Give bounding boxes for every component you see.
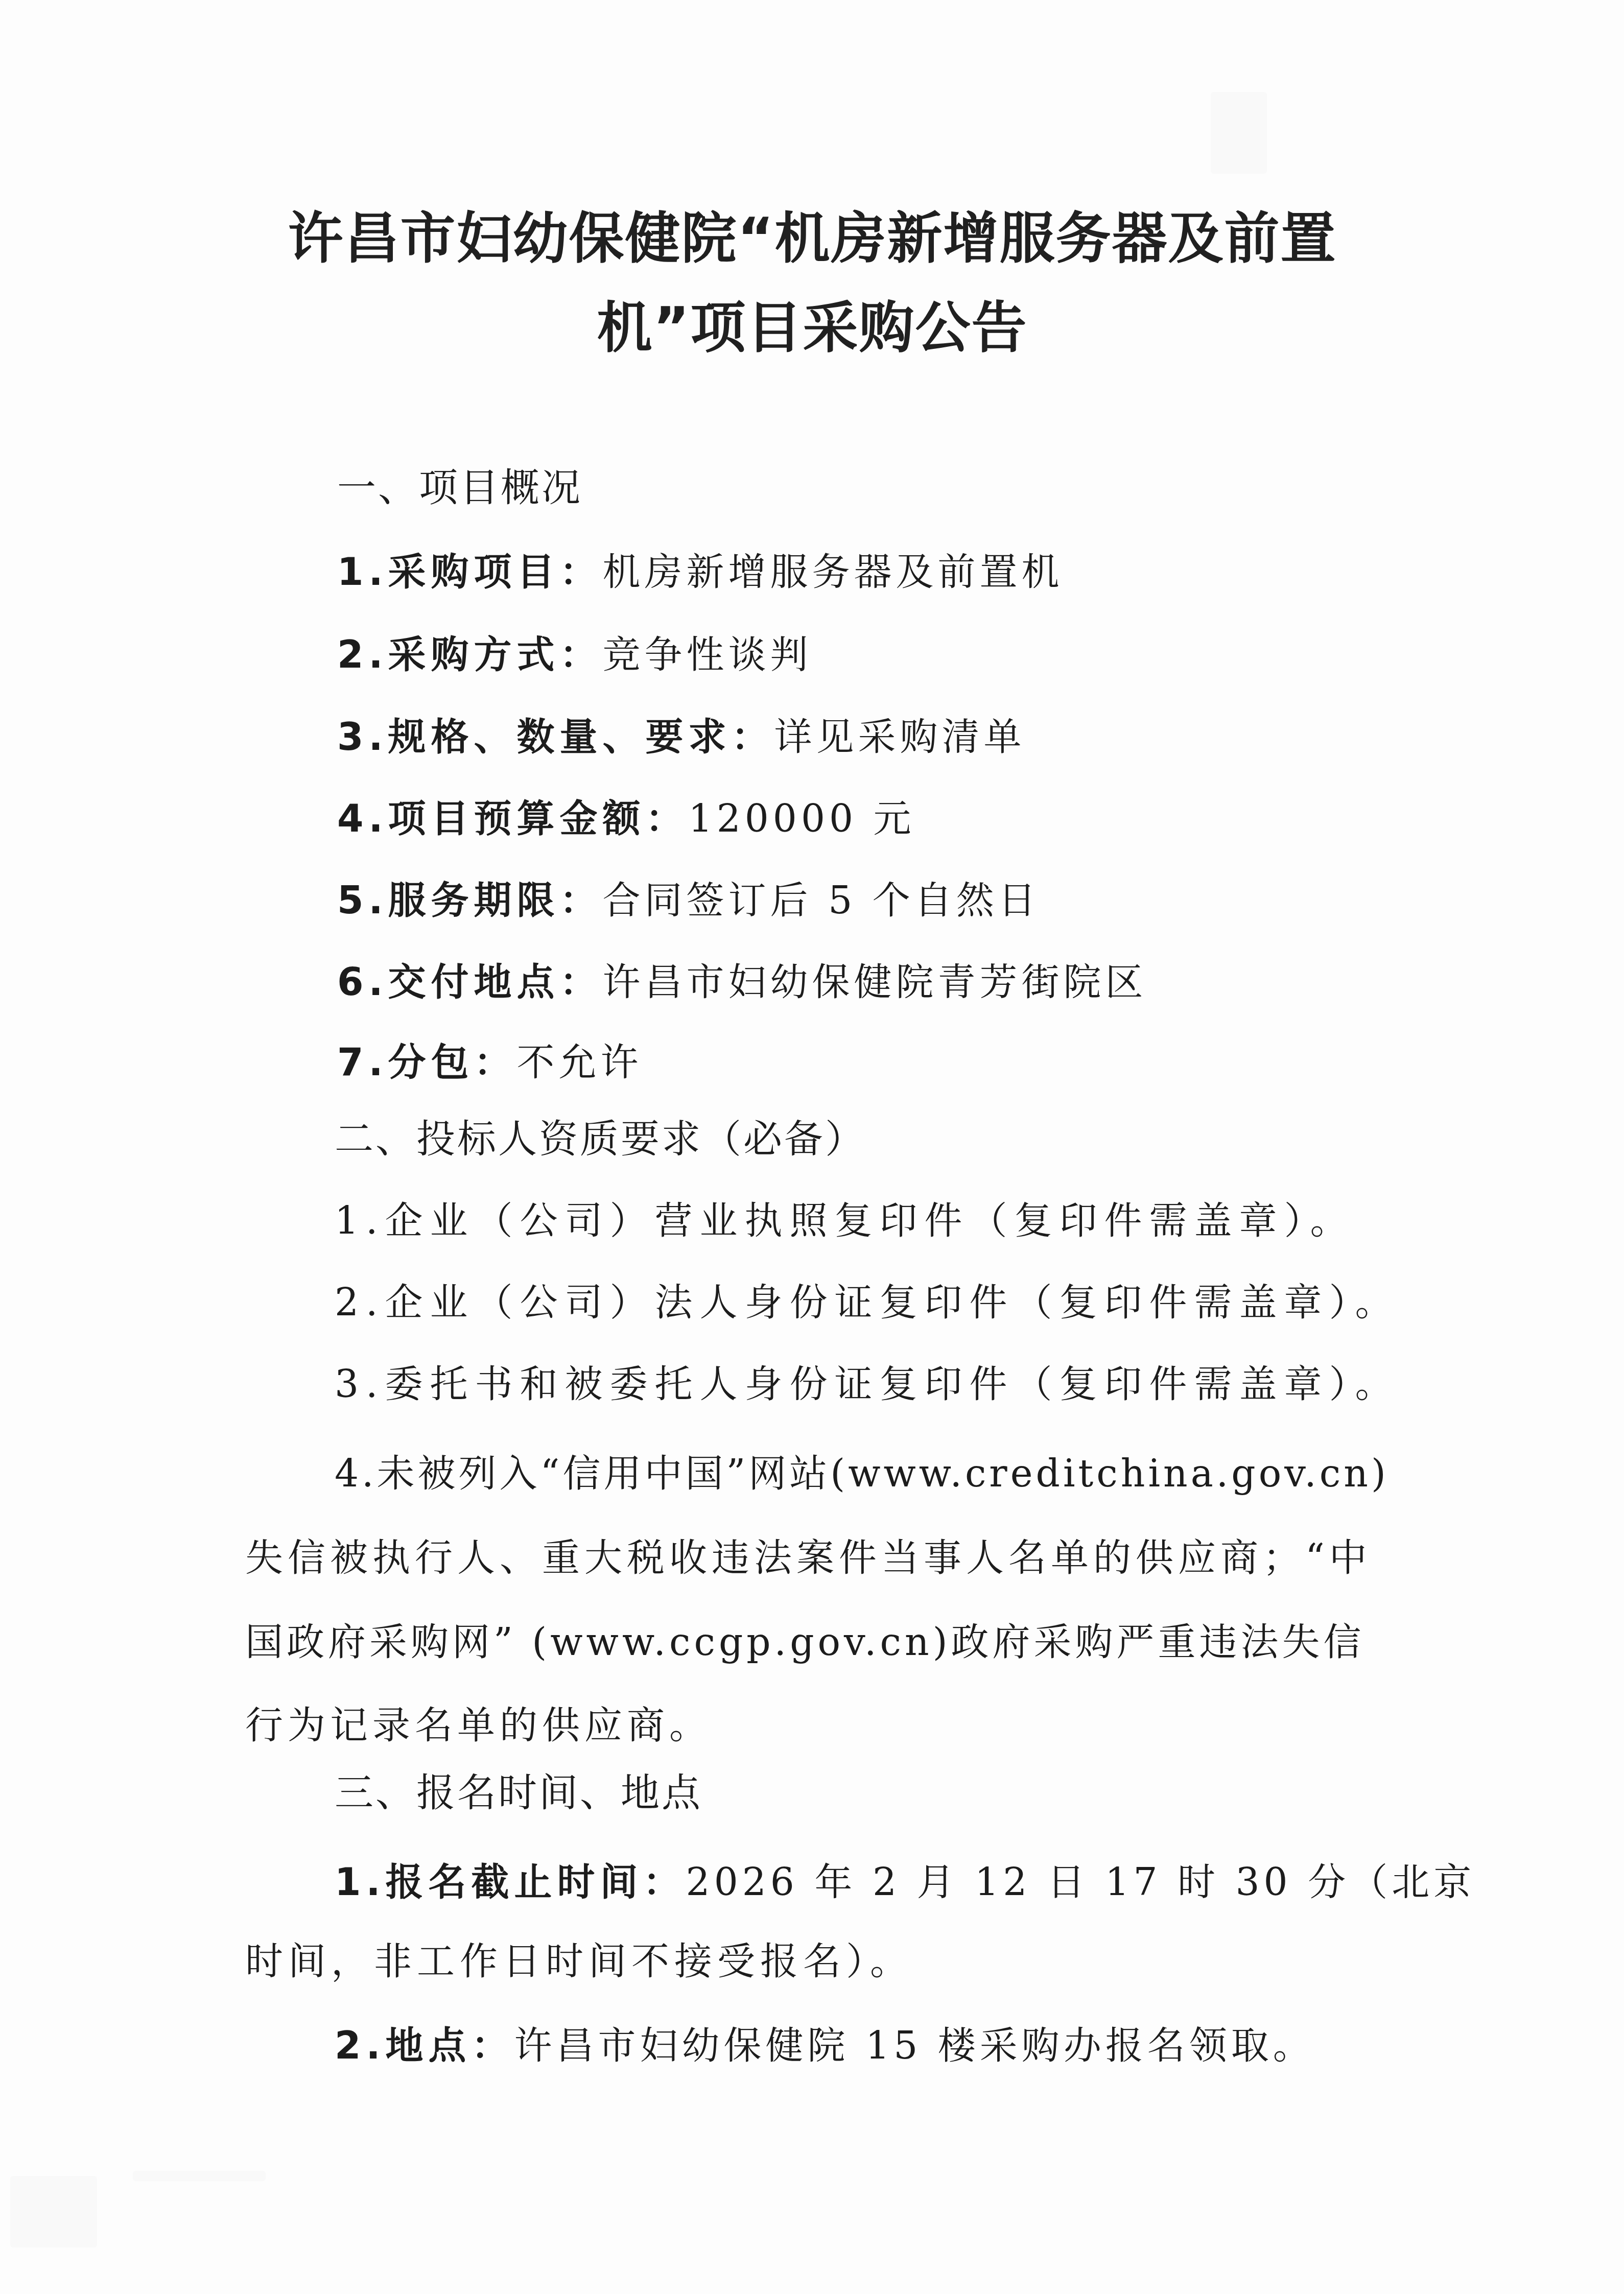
item-registration-deadline: 1.报名截止时间：2026 年 2 月 12 日 17 时 30 分（北京: [335, 1857, 1475, 1908]
item-procurement-method: 2.采购方式：竞争性谈判: [337, 629, 812, 680]
item-label: 3.规格、数量、要求：: [337, 715, 774, 759]
section-heading-registration: 三、报名时间、地点: [335, 1767, 702, 1818]
item-label: 2.采购方式：: [337, 633, 603, 677]
item-value: 详见采购清单: [774, 715, 1026, 759]
document-title: 许昌市妇幼保健院“机房新增服务器及前置 机”项目采购公告: [194, 194, 1430, 373]
qualification-item: 3.委托书和被委托人身份证复印件（复印件需盖章）。: [335, 1359, 1400, 1410]
item-value: 许昌市妇幼保健院 15 楼采购办报名领取。: [514, 2024, 1315, 2068]
item-value: 合同签订后 5 个自然日: [603, 879, 1040, 923]
qualification-item-4-line-1: 4.未被列入“信用中国”网站(www.creditchina.gov.cn): [335, 1448, 1389, 1499]
scan-artifact: [133, 2171, 266, 2181]
item-value: 竞争性谈判: [603, 633, 812, 677]
item-service-period: 5.服务期限：合同签订后 5 个自然日: [337, 875, 1040, 926]
qualification-item-4-line-4: 行为记录名单的供应商。: [245, 1700, 712, 1751]
item-subcontracting: 7.分包：不允许: [337, 1037, 643, 1088]
qualification-item-4-line-2: 失信被执行人、重大税收违法案件当事人名单的供应商；“中: [245, 1532, 1372, 1583]
title-line-2: 机”项目采购公告: [194, 283, 1430, 373]
item-value: 120000 元: [689, 797, 915, 841]
item-label: 7.分包：: [337, 1040, 517, 1084]
item-label: 2.地点：: [335, 2024, 514, 2068]
scan-artifact: [10, 2176, 97, 2248]
item-value: 不允许: [517, 1040, 643, 1084]
item-value: 2026 年 2 月 12 日 17 时 30 分（北京: [686, 1860, 1476, 1904]
scan-artifact: [1211, 92, 1267, 174]
qualification-item-4-line-3: 国政府采购网” (www.ccgp.gov.cn)政府采购严重违法失信: [245, 1617, 1365, 1668]
item-delivery-location: 6.交付地点：许昌市妇幼保健院青芳街院区: [337, 957, 1147, 1008]
item-label: 6.交付地点：: [337, 960, 603, 1004]
item-label: 1.采购项目：: [337, 550, 603, 594]
item-registration-location: 2.地点：许昌市妇幼保健院 15 楼采购办报名领取。: [335, 2020, 1315, 2071]
qualification-item: 1.企业（公司）营业执照复印件（复印件需盖章）。: [335, 1195, 1355, 1246]
item-procurement-project: 1.采购项目：机房新增服务器及前置机: [337, 547, 1064, 598]
section-heading-qualifications: 二、投标人资质要求（必备）: [335, 1114, 866, 1165]
section-heading-overview: 一、项目概况: [337, 462, 582, 513]
item-value: 机房新增服务器及前置机: [603, 550, 1064, 594]
item-label: 5.服务期限：: [337, 879, 603, 923]
item-budget: 4.项目预算金额：120000 元: [337, 793, 915, 844]
item-registration-deadline-continuation: 时间，非工作日时间不接受报名）。: [245, 1936, 913, 1987]
item-label: 4.项目预算金额：: [337, 797, 689, 841]
item-value: 许昌市妇幼保健院青芳街院区: [603, 960, 1147, 1004]
qualification-item: 2.企业（公司）法人身份证复印件（复印件需盖章）。: [335, 1277, 1400, 1328]
item-specifications: 3.规格、数量、要求：详见采购清单: [337, 712, 1026, 763]
title-line-1: 许昌市妇幼保健院“机房新增服务器及前置: [194, 194, 1430, 283]
scanned-document-page: 许昌市妇幼保健院“机房新增服务器及前置 机”项目采购公告 一、项目概况 1.采购…: [0, 0, 1624, 2294]
item-label: 1.报名截止时间：: [335, 1860, 686, 1904]
